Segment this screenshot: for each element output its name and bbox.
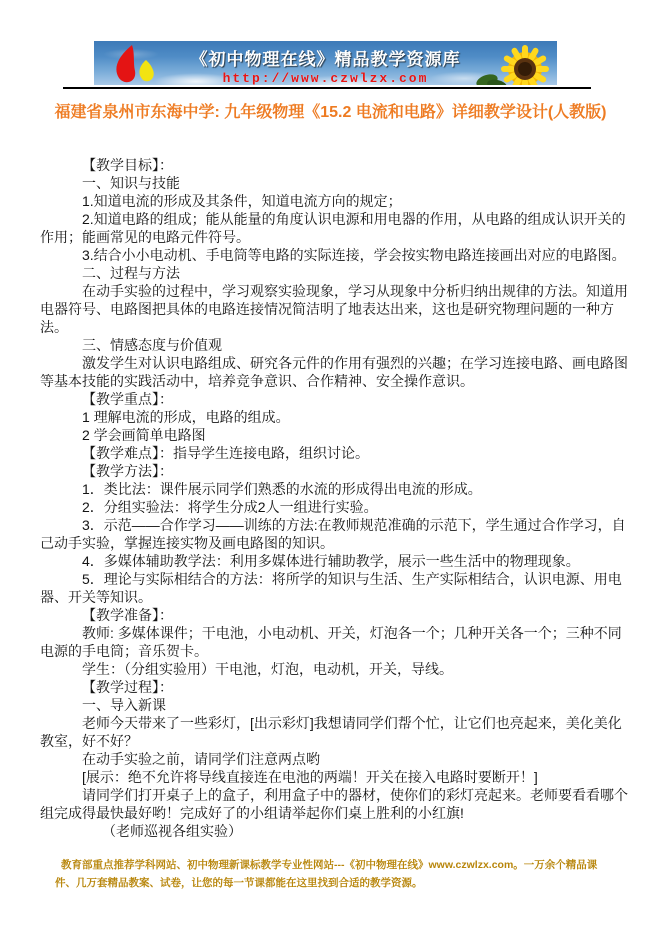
paragraph: 三、情感态度与价值观 (40, 336, 628, 354)
paragraph: 2 学会画简单电路图 (40, 426, 628, 444)
paragraph: 激发学生对认识电路组成、研究各元件的作用有强烈的兴趣；在学习连接电路、画电路图等… (40, 354, 628, 390)
paragraph: 老师今天带来了一些彩灯，[出示彩灯]我想请同学们帮个忙，让它们也亮起来，美化美化… (40, 714, 628, 750)
paragraph: 4．多媒体辅助教学法：利用多媒体进行辅助教学，展示一些生活中的物理现象。 (40, 552, 628, 570)
paragraph: [展示：绝不允许将导线直接连在电池的两端！开关在接入电路时要断开！] (40, 768, 628, 786)
paragraph: 3．示范——合作学习——训练的方法:在教师规范准确的示范下，学生通过合作学习，自… (40, 516, 628, 552)
paragraph: 【教学准备】： (40, 606, 628, 624)
paragraph: 教师: 多媒体课件；干电池，小电动机、开关，灯泡各一个；几种开关各一个；三种不同… (40, 624, 628, 660)
paragraph: 1．类比法：课件展示同学们熟悉的水流的形成得出电流的形成。 (40, 480, 628, 498)
divider-line (63, 87, 591, 89)
paragraph: 3.结合小小电动机、手电筒等电路的实际连接，学会按实物电路连接画出对应的电路图。 (40, 246, 628, 264)
paragraph: 在动手实验之前，请同学们注意两点哟 (40, 750, 628, 768)
paragraph: 【教学方法】： (40, 462, 628, 480)
paragraph: 5．理论与实际相结合的方法：将所学的知识与生活、生产实际相结合，认识电源、用电器… (40, 570, 628, 606)
sunflower-icon (473, 41, 557, 85)
paragraph: 【教学重点】： (40, 390, 628, 408)
paragraph: 请同学们打开桌子上的盒子，利用盒子中的器材，使你们的彩灯亮起来。老师要看看哪个组… (40, 786, 628, 822)
paragraph: 1.知道电流的形成及其条件，知道电流方向的规定； (40, 192, 628, 210)
paragraph: 1 理解电流的形成，电路的组成。 (40, 408, 628, 426)
doc-title: 福建省泉州市东海中学: 九年级物理《15.2 电流和电路》详细教学设计(人教版) (52, 95, 609, 130)
paragraph: 【教学目标】： (40, 156, 628, 174)
paragraph: （老师巡视各组实验） (40, 822, 628, 840)
site-banner[interactable]: 《初中物理在线》精品教学资源库 http://www.czwlzx.com (94, 41, 557, 85)
footer-promo: 教育部重点推荐学科网站、初中物理新课标教学专业性网站---《初中物理在线》www… (55, 856, 607, 892)
paragraph: 一、导入新课 (40, 696, 628, 714)
paragraph: 在动手实验的过程中，学习观察实验现象，学习从现象中分析归纳出规律的方法。知道用电… (40, 282, 628, 336)
document-body: 【教学目标】：一、知识与技能1.知道电流的形成及其条件，知道电流方向的规定；2.… (40, 156, 628, 840)
paragraph: 一、知识与技能 (40, 174, 628, 192)
paragraph: 学生：（分组实验用）干电池，灯泡，电动机，开关，导线。 (40, 660, 628, 678)
paragraph: 2．分组实验法：将学生分成2人一组进行实验。 (40, 498, 628, 516)
paragraph: 【教学过程】： (40, 678, 628, 696)
paragraph: 【教学难点】：指导学生连接电路，组织讨论。 (40, 444, 628, 462)
paragraph: 二、过程与方法 (40, 264, 628, 282)
document-page: 《初中物理在线》精品教学资源库 http://www.czwlzx.com (0, 0, 661, 936)
paragraph: 2.知道电路的组成；能从能量的角度认识电源和用电器的作用，从电路的组成认识开关的… (40, 210, 628, 246)
